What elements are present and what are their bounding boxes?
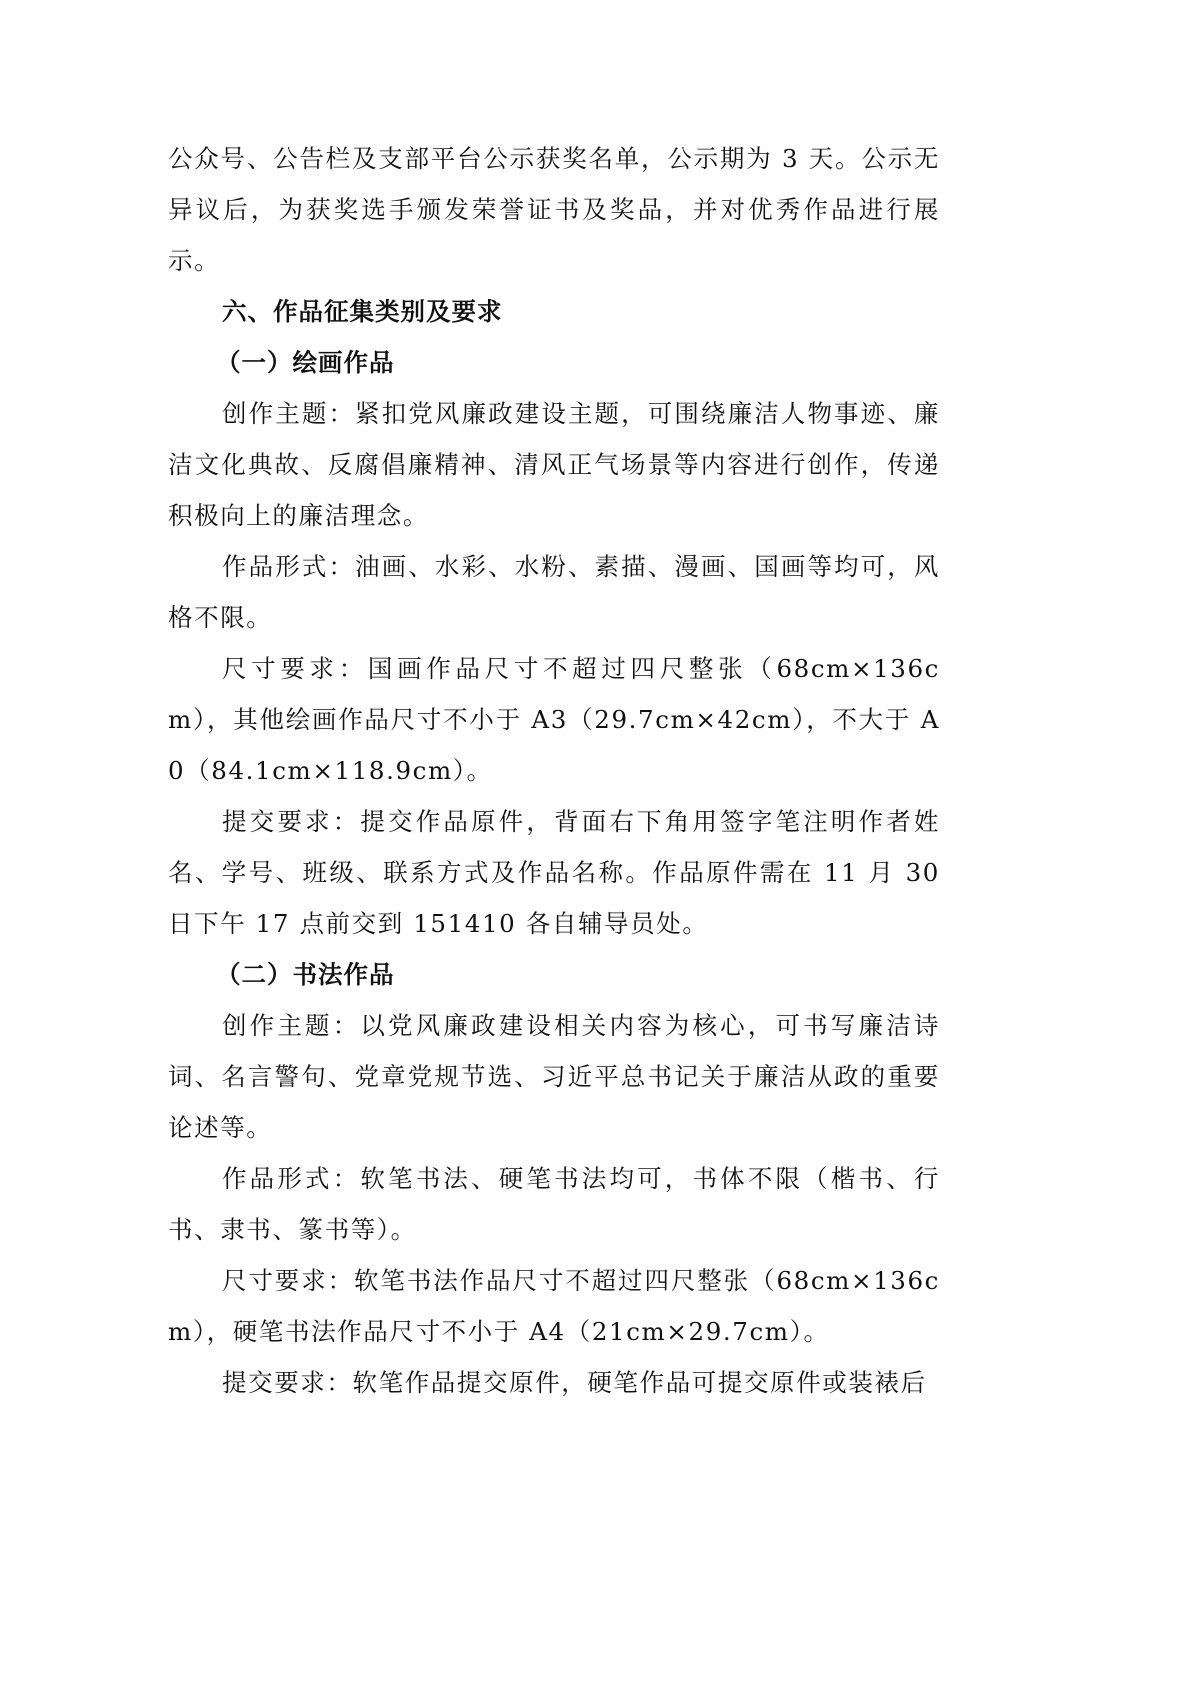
section-heading: 六、作品征集类别及要求 [168,286,940,337]
painting-submission-paragraph: 提交要求：提交作品原件，背面右下角用签字笔注明作者姓名、学号、班级、联系方式及作… [168,796,940,949]
intro-paragraph: 公众号、公告栏及支部平台公示获奖名单，公示期为 3 天。公示无异议后，为获奖选手… [168,133,940,286]
subsection-heading-painting: （一）绘画作品 [168,337,940,388]
calligraphy-theme-paragraph: 创作主题：以党风廉政建设相关内容为核心，可书写廉洁诗词、名言警句、党章党规节选、… [168,1000,940,1153]
calligraphy-form-paragraph: 作品形式：软笔书法、硬笔书法均可，书体不限（楷书、行书、隶书、篆书等）。 [168,1153,940,1255]
painting-theme-paragraph: 创作主题：紧扣党风廉政建设主题，可围绕廉洁人物事迹、廉洁文化典故、反腐倡廉精神、… [168,388,940,541]
subsection-heading-calligraphy: （二）书法作品 [168,949,940,1000]
painting-form-paragraph: 作品形式：油画、水彩、水粉、素描、漫画、国画等均可，风格不限。 [168,541,940,643]
document-page: 公众号、公告栏及支部平台公示获奖名单，公示期为 3 天。公示无异议后，为获奖选手… [0,0,1191,1684]
calligraphy-size-paragraph: 尺寸要求：软笔书法作品尺寸不超过四尺整张（68cm×136cm），硬笔书法作品尺… [168,1255,940,1357]
document-body: 公众号、公告栏及支部平台公示获奖名单，公示期为 3 天。公示无异议后，为获奖选手… [168,133,940,1408]
calligraphy-submission-paragraph: 提交要求：软笔作品提交原件，硬笔作品可提交原件或装裱后 [168,1357,940,1408]
painting-size-paragraph: 尺寸要求：国画作品尺寸不超过四尺整张（68cm×136cm），其他绘画作品尺寸不… [168,643,940,796]
